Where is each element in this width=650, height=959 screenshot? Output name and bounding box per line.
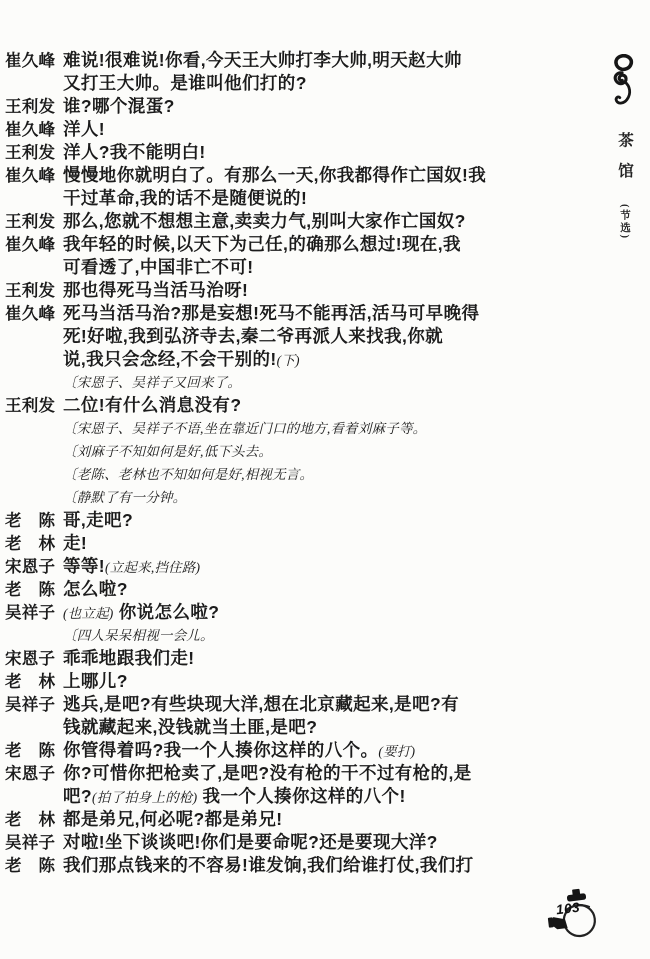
speaker-name: 崔久峰 [5,234,55,257]
dialogue-segment: 逃兵,是吧?有些块现大洋,想在北京藏起来,是吧?有 [63,694,459,714]
dialogue-row: 吴祥子对啦!坐下谈谈吧!你们是要命呢?还是要现大洋? [5,831,545,854]
dialogue-row: 崔久峰死马当活马治?那是妄想!死马不能再活,活马可早晚得 [5,302,545,325]
dialogue-text: 吧?(拍了拍身上的枪) 我一个人揍你这样的八个! [63,785,406,809]
book-page: 崔久峰难说!很难说!你看,今天王大帅打李大帅,明天赵大帅又打王大帅。是谁叫他们打… [0,0,650,959]
dialogue-row: 死!好啦,我到弘济寺去,秦二爷再派人来找我,你就 [5,325,545,348]
dialogue-segment: 怎么啦? [63,579,128,599]
speaker-name: 王利发 [5,142,55,165]
dialogue-row: 吴祥子逃兵,是吧?有些块现大洋,想在北京藏起来,是吧?有 [5,693,545,716]
dialogue-segment: 说,我只会念经,不会干别的! [63,349,277,369]
speaker-name: 老陈 [5,740,55,763]
dialogue-row: 钱就藏起来,没钱就当土匪,是吧? [5,716,545,739]
speaker-name: 老林 [5,809,55,832]
dialogue-row: 吧?(拍了拍身上的枪) 我一个人揍你这样的八个! [5,785,545,808]
dialogue-text: 洋人?我不能明白! [63,141,206,164]
speaker-name: 崔久峰 [5,165,55,188]
stage-note-segment: (也立起) [63,606,114,621]
dialogue-text: 二位!有什么消息没有? [63,394,241,417]
dialogue-segment: 干过革命,我的话不是随便说的! [63,188,307,208]
stage-note-segment: 〔四人呆呆相视一会儿。 [63,628,214,643]
speaker-name: 崔久峰 [5,119,55,142]
chapter-ornament-icon [609,54,637,108]
dialogue-segment: 都是弟兄,何必呢?都是弟兄! [63,809,282,829]
dialogue-text: 怎么啦? [63,578,128,601]
dialogue-text: 走! [63,532,87,555]
stage-direction-text: 〔刘麻子不知如何是好,低下头去。 [63,440,272,464]
dialogue-segment: 你说怎么啦? [114,602,220,622]
dialogue-segment: 我年轻的时候,以天下为己任,的确那么想过!现在,我 [63,234,461,254]
margin-title: 茶馆 (节选) [613,132,635,240]
dialogue-segment: 钱就藏起来,没钱就当土匪,是吧? [63,717,317,737]
dialogue-row: 王利发洋人?我不能明白! [5,141,545,164]
dialogue-segment: 我们那点钱来的不容易!谁发饷,我们给谁打仗,我们打 [63,855,474,875]
dialogue-row: 崔久峰难说!很难说!你看,今天王大帅打李大帅,明天赵大帅 [5,49,545,72]
dialogue-text: 你?可惜你把枪卖了,是吧?没有枪的干不过有枪的,是 [63,762,472,785]
dialogue-segment: 难说!很难说!你看,今天王大帅打李大帅,明天赵大帅 [63,50,462,70]
stage-direction-row: 〔刘麻子不知如何是好,低下头去。 [5,440,545,463]
dialogue-text: 死!好啦,我到弘济寺去,秦二爷再派人来找我,你就 [63,325,443,348]
stage-direction-row: 〔静默了有一分钟。 [5,486,545,509]
dialogue-text: 哥,走吧? [63,509,133,532]
dialogue-text: 你管得着吗?我一个人揍你这样的八个。(要打) [63,739,415,763]
stage-note-segment: 〔宋恩子、吴祥子又回来了。 [63,375,241,390]
dialogue-row: 崔久峰慢慢地你就明白了。有那么一天,你我都得作亡国奴!我 [5,164,545,187]
dialogue-row: 宋恩子你?可惜你把枪卖了,是吧?没有枪的干不过有枪的,是 [5,762,545,785]
speaker-name: 吴祥子 [5,694,55,717]
speaker-name: 崔久峰 [5,50,55,73]
dialogue-row: 宋恩子乖乖地跟我们走! [5,647,545,670]
stage-direction-row: 〔宋恩子、吴祥子不语,坐在靠近门口的地方,看着刘麻子等。 [5,417,545,440]
speaker-name: 老林 [5,671,55,694]
dialogue-segment: 死马当活马治?那是妄想!死马不能再活,活马可早晚得 [63,303,479,323]
speaker-name: 老陈 [5,579,55,602]
dialogue-row: 王利发那么,您就不想想主意,卖卖力气,别叫大家作亡国奴? [5,210,545,233]
stage-direction-text: 〔老陈、老林也不知如何是好,相视无言。 [63,463,313,487]
speaker-name: 宋恩子 [5,763,55,786]
stage-note-segment: (下) [277,353,300,368]
dialogue-segment: 那么,您就不想想主意,卖卖力气,别叫大家作亡国奴? [63,211,466,231]
dialogue-text: 说,我只会念经,不会干别的!(下) [63,348,300,372]
stage-note-segment: 〔静默了有一分钟。 [63,490,186,505]
dialogue-row: 王利发那也得死马当活马治呀! [5,279,545,302]
dialogue-segment: 哥,走吧? [63,510,133,530]
dialogue-row: 说,我只会念经,不会干别的!(下) [5,348,545,371]
dialogue-text: 等等!(立起来,挡住路) [63,555,200,579]
stage-note-segment: 〔宋恩子、吴祥子不语,坐在靠近门口的地方,看着刘麻子等。 [63,421,426,436]
dialogue-text: 干过革命,我的话不是随便说的! [63,187,307,210]
margin-title-subtitle: (节选) [617,204,632,240]
dialogue-text: 难说!很难说!你看,今天王大帅打李大帅,明天赵大帅 [63,49,462,72]
speaker-name: 老林 [5,533,55,556]
stage-note-segment: 〔老陈、老林也不知如何是好,相视无言。 [63,467,313,482]
dialogue-segment: 上哪儿? [63,671,128,691]
stage-note-segment: 〔刘麻子不知如何是好,低下头去。 [63,444,272,459]
dialogue-segment: 等等! [63,556,105,576]
speaker-name: 崔久峰 [5,303,55,326]
dialogue-row: 崔久峰洋人! [5,118,545,141]
dialogue-text: 谁?哪个混蛋? [63,95,175,118]
dialogue-segment: 吧? [63,786,92,806]
dialogue-row: 又打王大帅。是谁叫他们打的? [5,72,545,95]
dialogue-row: 老陈你管得着吗?我一个人揍你这样的八个。(要打) [5,739,545,762]
stage-direction-row: 〔宋恩子、吴祥子又回来了。 [5,371,545,394]
dialogue-text: 洋人! [63,118,105,141]
speaker-name: 吴祥子 [5,832,55,855]
speaker-name: 老陈 [5,510,55,533]
dialogue-row: 可看透了,中国非亡不可! [5,256,545,279]
dialogue-row: 老陈怎么啦? [5,578,545,601]
dialogue-segment: 洋人?我不能明白! [63,142,206,162]
stage-note-segment: (立起来,挡住路) [105,560,200,575]
dialogue-segment: 对啦!坐下谈谈吧!你们是要命呢?还是要现大洋? [63,832,438,852]
dialogue-row: 干过革命,我的话不是随便说的! [5,187,545,210]
speaker-name: 王利发 [5,280,55,303]
dialogue-text: 钱就藏起来,没钱就当土匪,是吧? [63,716,317,739]
dialogue-text: 上哪儿? [63,670,128,693]
dialogue-text: 那也得死马当活马治呀! [63,279,248,302]
dialogue-row: 崔久峰我年轻的时候,以天下为己任,的确那么想过!现在,我 [5,233,545,256]
speaker-name: 宋恩子 [5,648,55,671]
dialogue-row: 老林走! [5,532,545,555]
dialogue-row: 老林都是弟兄,何必呢?都是弟兄! [5,808,545,831]
page-number-marker: 103 [545,888,601,942]
dialogue-row: 老陈哥,走吧? [5,509,545,532]
dialogue-segment: 你?可惜你把枪卖了,是吧?没有枪的干不过有枪的,是 [63,763,472,783]
dialogue-text: 那么,您就不想想主意,卖卖力气,别叫大家作亡国奴? [63,210,466,233]
dialogue-text: (也立起) 你说怎么啦? [63,601,219,625]
dialogue-text: 都是弟兄,何必呢?都是弟兄! [63,808,282,831]
dialogue-segment: 那也得死马当活马治呀! [63,280,248,300]
stage-direction-text: 〔宋恩子、吴祥子又回来了。 [63,371,241,395]
dialogue-text: 我们那点钱来的不容易!谁发饷,我们给谁打仗,我们打 [63,854,474,877]
dialogue-segment: 谁?哪个混蛋? [63,96,175,116]
dialogue-segment: 二位!有什么消息没有? [63,395,241,415]
speaker-name: 王利发 [5,211,55,234]
dialogue-segment: 乖乖地跟我们走! [63,648,195,668]
script-lines: 崔久峰难说!很难说!你看,今天王大帅打李大帅,明天赵大帅又打王大帅。是谁叫他们打… [5,49,545,877]
speaker-name: 宋恩子 [5,556,55,579]
dialogue-text: 逃兵,是吧?有些块现大洋,想在北京藏起来,是吧?有 [63,693,459,716]
dialogue-segment: 又打王大帅。是谁叫他们打的? [63,73,307,93]
dialogue-row: 老林上哪儿? [5,670,545,693]
dialogue-row: 王利发谁?哪个混蛋? [5,95,545,118]
dialogue-row: 王利发二位!有什么消息没有? [5,394,545,417]
stage-direction-row: 〔老陈、老林也不知如何是好,相视无言。 [5,463,545,486]
dialogue-segment: 你管得着吗?我一个人揍你这样的八个。 [63,740,378,760]
dialogue-row: 宋恩子等等!(立起来,挡住路) [5,555,545,578]
dialogue-segment: 我一个人揍你这样的八个! [197,786,405,806]
speaker-name: 王利发 [5,96,55,119]
speaker-name: 王利发 [5,395,55,418]
dialogue-text: 对啦!坐下谈谈吧!你们是要命呢?还是要现大洋? [63,831,438,854]
stage-direction-text: 〔四人呆呆相视一会儿。 [63,624,214,648]
page-number: 103 [555,900,581,918]
margin-title-text: 茶馆 [616,132,633,193]
stage-direction-text: 〔宋恩子、吴祥子不语,坐在靠近门口的地方,看着刘麻子等。 [63,417,426,441]
stage-direction-text: 〔静默了有一分钟。 [63,486,186,510]
stage-note-segment: (拍了拍身上的枪) [92,790,197,805]
dialogue-segment: 死!好啦,我到弘济寺去,秦二爷再派人来找我,你就 [63,326,443,346]
dialogue-text: 可看透了,中国非亡不可! [63,256,254,279]
dialogue-segment: 洋人! [63,119,105,139]
stage-note-segment: (要打) [378,744,415,759]
dialogue-text: 慢慢地你就明白了。有那么一天,你我都得作亡国奴!我 [63,164,486,187]
dialogue-segment: 慢慢地你就明白了。有那么一天,你我都得作亡国奴!我 [63,165,486,185]
dialogue-text: 我年轻的时候,以天下为己任,的确那么想过!现在,我 [63,233,461,256]
dialogue-text: 乖乖地跟我们走! [63,647,195,670]
dialogue-text: 死马当活马治?那是妄想!死马不能再活,活马可早晚得 [63,302,479,325]
dialogue-row: 吴祥子(也立起) 你说怎么啦? [5,601,545,624]
dialogue-row: 老陈我们那点钱来的不容易!谁发饷,我们给谁打仗,我们打 [5,854,545,877]
dialogue-segment: 走! [63,533,87,553]
speaker-name: 吴祥子 [5,602,55,625]
dialogue-text: 又打王大帅。是谁叫他们打的? [63,72,307,95]
speaker-name: 老陈 [5,855,55,878]
stage-direction-row: 〔四人呆呆相视一会儿。 [5,624,545,647]
dialogue-segment: 可看透了,中国非亡不可! [63,257,254,277]
